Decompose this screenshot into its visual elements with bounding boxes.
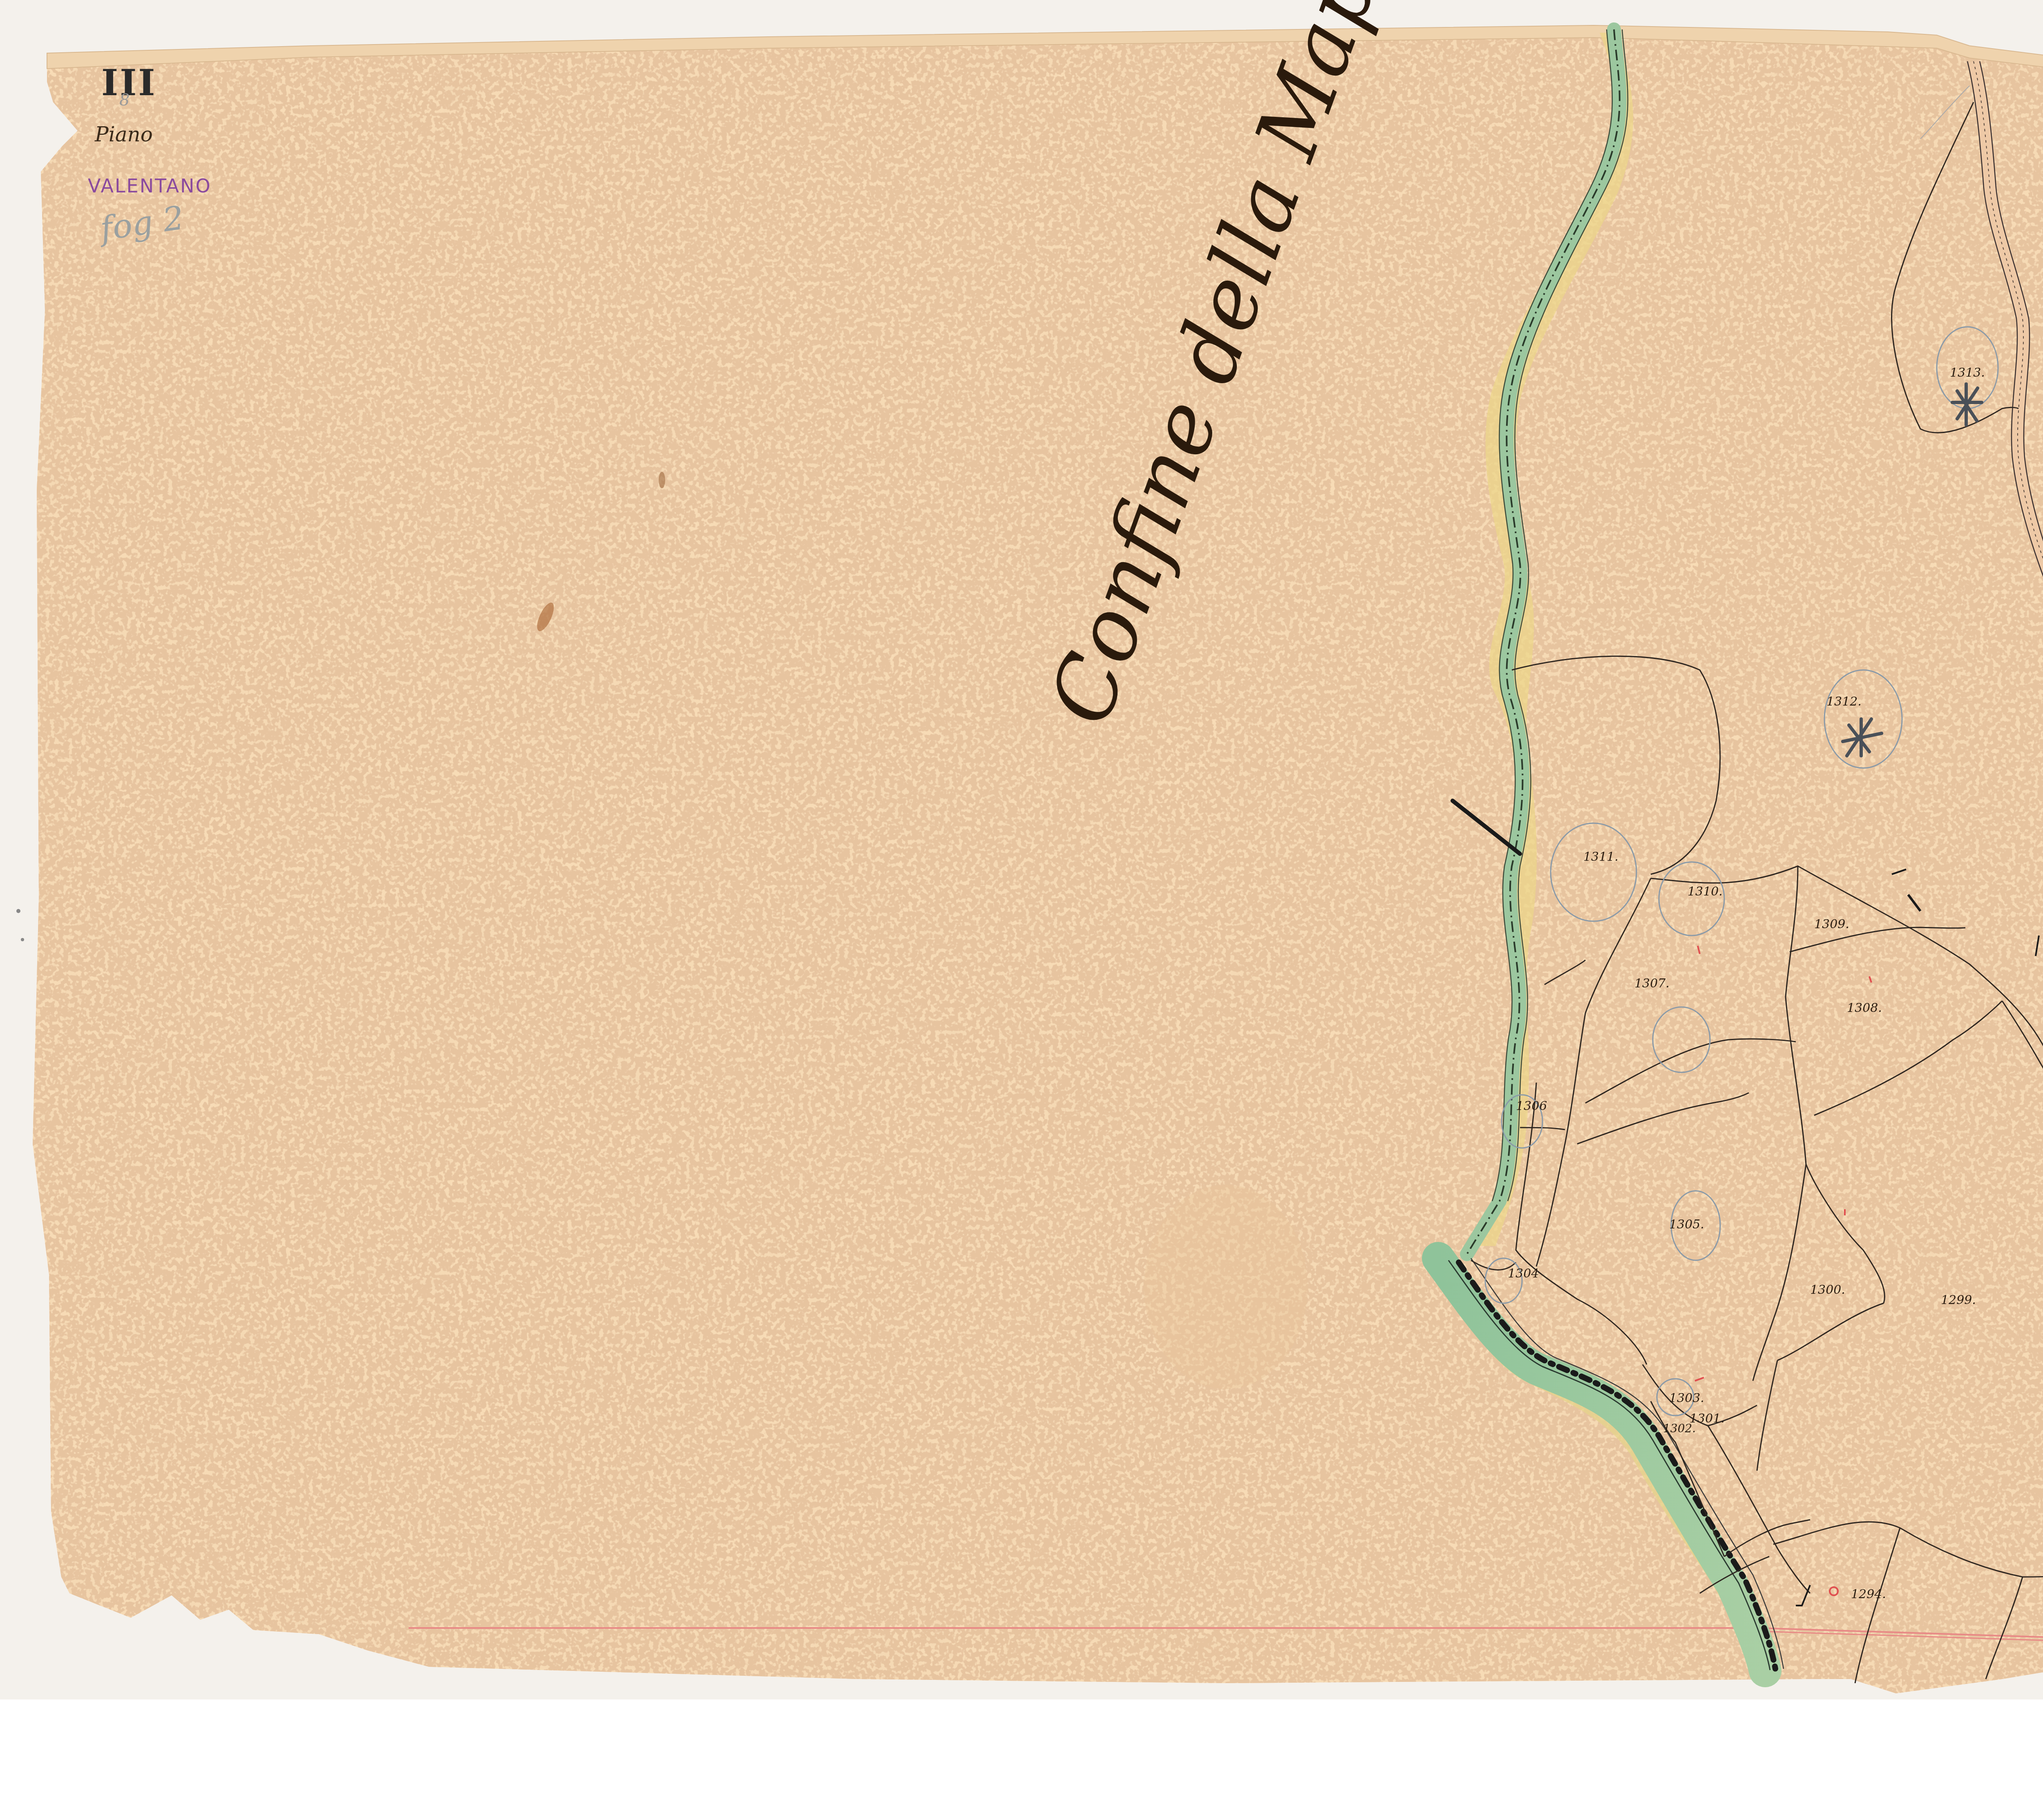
valentano-stamp: VALENTANO [88,175,212,197]
parcel-1311[interactable]: 1311. [1583,850,1618,864]
parcel-1294[interactable]: 1294. [1851,1587,1886,1601]
corner-text-piano: Piano [95,123,153,146]
parcel-1310[interactable]: 1310. [1688,884,1723,899]
parcel-1309[interactable]: 1309. [1814,917,1849,931]
bottom-white-strip [0,1699,2043,1820]
pencil-sheet-number: 8 [119,91,130,109]
parcel-1313[interactable]: 1313. [1950,366,1985,380]
parcel-1305[interactable]: 1305. [1669,1217,1704,1232]
parcel-1303[interactable]: 1303. [1669,1391,1704,1405]
parcel-1307[interactable]: 1307. [1634,976,1670,991]
parcel-1299[interactable]: 1299. [1941,1293,1976,1307]
parcel-1300[interactable]: 1300. [1810,1283,1845,1297]
parcel-1312[interactable]: 1312. [1826,695,1862,709]
parcel-1304[interactable]: 1304 [1508,1266,1539,1281]
parcel-1308[interactable]: 1308. [1847,1001,1882,1015]
cadastral-map [0,0,2043,1820]
parcel-1301[interactable]: 1301. [1690,1411,1725,1426]
parcel-1306[interactable]: 1306 [1516,1099,1547,1113]
